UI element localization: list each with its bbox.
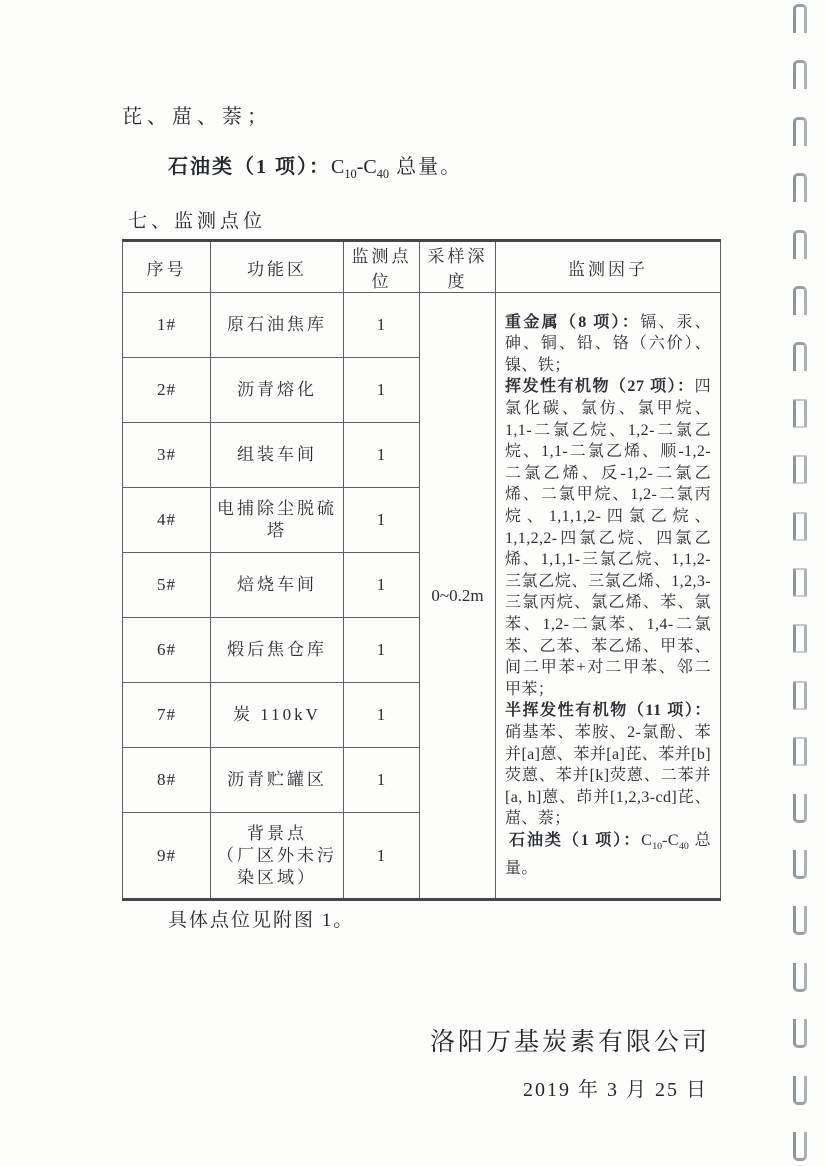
cell-functional-area: 电捕除尘脱硫塔 [211, 488, 344, 553]
cell-monitoring-points: 1 [344, 423, 420, 488]
table-header-row: 序号 功能区 监测点位 采样深度 监测因子 [123, 241, 721, 293]
binding-coil-mark [793, 624, 807, 653]
factor-group: 半挥发性有机物（11 项）：硝基苯、苯胺、2-氯酚、苯并[a]蒽、苯并[a]芘、… [505, 700, 711, 830]
binding-coil-mark [793, 173, 807, 202]
cell-serial-number: 1# [123, 293, 211, 358]
binding-coil-mark [793, 906, 807, 935]
cell-functional-area: 煅后焦仓库 [211, 618, 344, 683]
binding-coil-mark [793, 794, 807, 823]
binding-coil-mark [793, 681, 807, 710]
binding-coil-mark [793, 1076, 807, 1105]
table-row: 1#原石油焦库10~0.2m重金属（8 项）：镉、汞、砷、铜、铅、铬（六价）、镍… [123, 293, 721, 358]
binding-coil-mark [793, 399, 807, 428]
cell-serial-number: 5# [123, 553, 211, 618]
cell-serial-number: 4# [123, 488, 211, 553]
cell-serial-number: 3# [123, 423, 211, 488]
header-area: 功能区 [211, 241, 344, 293]
cell-sampling-depth: 0~0.2m [420, 293, 496, 900]
header-depth: 采样深度 [420, 241, 496, 293]
cell-functional-area: 沥青熔化 [211, 358, 344, 423]
cell-serial-number: 2# [123, 358, 211, 423]
document-content: 芘、䓛、萘； 石油类（1 项）：C10-C40 总量。 七、监测点位 序号 功能… [122, 0, 720, 1104]
factor-group-label: 石油类（1 项）： [509, 832, 641, 849]
cell-functional-area: 沥青贮罐区 [211, 748, 344, 813]
cell-monitoring-points: 1 [344, 618, 420, 683]
cell-serial-number: 7# [123, 683, 211, 748]
cell-functional-area: 组装车间 [211, 423, 344, 488]
company-name: 洛阳万基炭素有限公司 [122, 1026, 710, 1060]
binding-coil-mark [793, 1132, 807, 1161]
cell-monitoring-points: 1 [344, 488, 420, 553]
header-factors: 监测因子 [496, 241, 721, 293]
factor-group: 挥发性有机物（27 项）：四氯化碳、氯仿、氯甲烷、1,1-二氯乙烷、1,2-二氯… [505, 376, 711, 700]
cell-monitoring-points: 1 [344, 553, 420, 618]
binding-coil-mark [793, 117, 807, 146]
binding-coil-mark [793, 1019, 807, 1048]
monitoring-table-body: 1#原石油焦库10~0.2m重金属（8 项）：镉、汞、砷、铜、铅、铬（六价）、镍… [123, 293, 721, 900]
petroleum-label: 石油类（1 项）： [168, 156, 331, 178]
binding-coil-mark [793, 230, 807, 259]
petroleum-formula: C10-C40 [331, 156, 389, 178]
cell-functional-area: 炭 110kV [211, 683, 344, 748]
factor-group-label: 重金属（8 项）： [505, 314, 640, 331]
factor-group: 石油类（1 项）：C10-C40 总量。 [505, 830, 711, 879]
factor-group-label: 挥发性有机物（27 项）： [505, 378, 695, 395]
cell-serial-number: 9# [123, 813, 211, 900]
binding-strip [790, 0, 820, 1166]
date: 2019 年 3 月 25 日 [122, 1076, 708, 1104]
binding-coil-mark [793, 286, 807, 315]
continuation-line: 芘、䓛、萘； [122, 103, 720, 131]
cell-serial-number: 8# [123, 748, 211, 813]
cell-monitoring-points: 1 [344, 358, 420, 423]
header-no: 序号 [123, 241, 211, 293]
binding-coil-mark [793, 568, 807, 597]
cell-functional-area: 原石油焦库 [211, 293, 344, 358]
binding-coil-mark [793, 512, 807, 541]
monitoring-table: 序号 功能区 监测点位 采样深度 监测因子 1#原石油焦库10~0.2m重金属（… [122, 239, 721, 901]
header-points: 监测点位 [344, 241, 420, 293]
cell-monitoring-factors: 重金属（8 项）：镉、汞、砷、铜、铅、铬（六价）、镍、铁；挥发性有机物（27 项… [496, 293, 721, 900]
cell-serial-number: 6# [123, 618, 211, 683]
petroleum-suffix: 总量。 [389, 156, 462, 178]
binding-coil-mark [793, 342, 807, 371]
cell-monitoring-points: 1 [344, 813, 420, 900]
petroleum-line: 石油类（1 项）：C10-C40 总量。 [168, 153, 720, 188]
section-heading: 七、监测点位 [128, 208, 720, 236]
cell-functional-area: 背景点（厂区外未污染区域） [211, 813, 344, 900]
binding-coil-mark [793, 737, 807, 766]
binding-coil-mark [793, 455, 807, 484]
binding-coil-mark [793, 4, 807, 33]
cell-monitoring-points: 1 [344, 683, 420, 748]
note: 具体点位见附图 1。 [168, 908, 720, 934]
factor-group-label: 半挥发性有机物（11 项）： [505, 702, 711, 719]
cell-monitoring-points: 1 [344, 293, 420, 358]
document-page: 芘、䓛、萘； 石油类（1 项）：C10-C40 总量。 七、监测点位 序号 功能… [0, 0, 825, 1166]
cell-monitoring-points: 1 [344, 748, 420, 813]
binding-coil-mark [793, 850, 807, 879]
binding-coil-mark [793, 60, 807, 89]
factor-group: 重金属（8 项）：镉、汞、砷、铜、铅、铬（六价）、镍、铁； [505, 312, 711, 377]
cell-functional-area: 焙烧车间 [211, 553, 344, 618]
binding-coil-mark [793, 963, 807, 992]
